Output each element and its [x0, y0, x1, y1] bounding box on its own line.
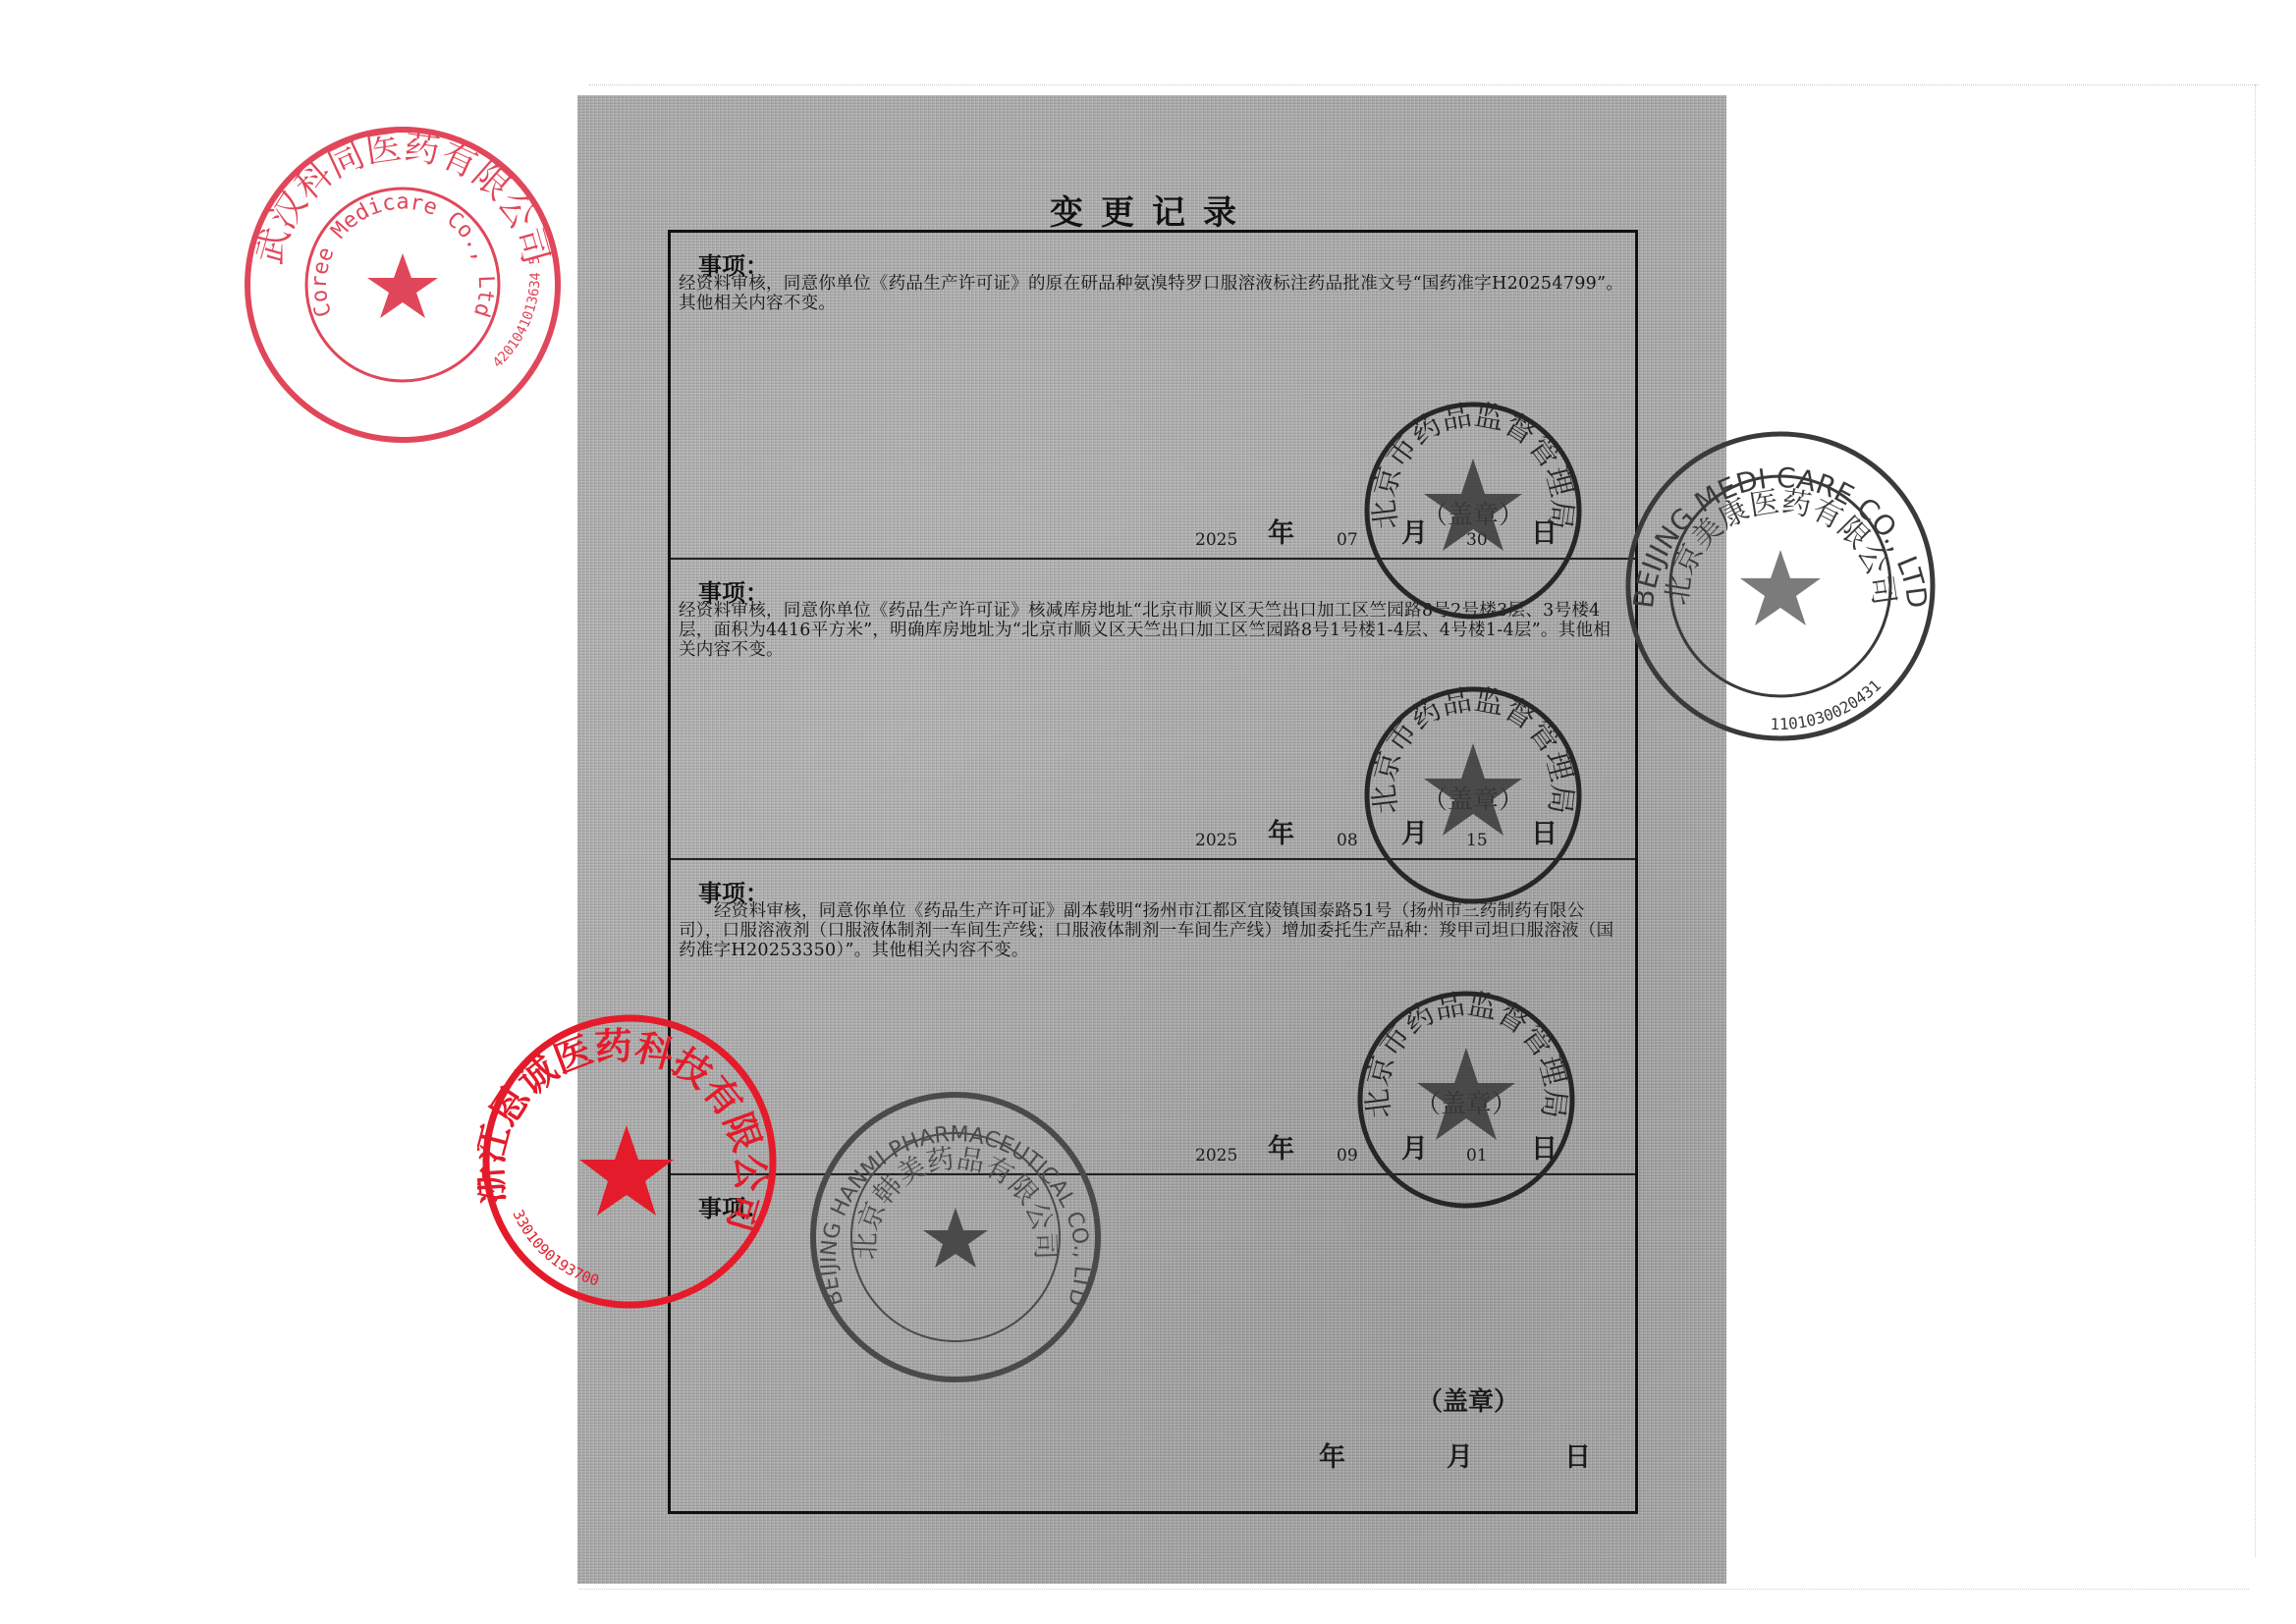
document-title: 变更记录 [577, 186, 1726, 234]
page-edge-top [589, 84, 2259, 85]
wuhan-company-seal-stamp: 武汉科同医药有限公司 Coree Medicare Co., Ltd 42010… [241, 123, 565, 447]
entry-text: 经资料审核，同意你单位《药品生产许可证》副本载明“扬州市江都区宜陵镇国泰路51号… [679, 901, 1625, 960]
date-day-unit: 日 [1531, 512, 1558, 550]
date-day-unit: 日 [1531, 1127, 1558, 1165]
change-entry: 事项： 经资料审核，同意你单位《药品生产许可证》核减库房地址“北京市顺义区天竺出… [671, 560, 1635, 860]
page-edge-right [2255, 84, 2256, 1557]
svg-text:武汉科同医药有限公司: 武汉科同医药有限公司 [249, 127, 556, 268]
entry-date: 2025 年 07 月 30 日 [1187, 518, 1610, 554]
svg-text:4201041013634 5: 4201041013634 5 [490, 255, 544, 371]
date-month-unit: 月 [1447, 1435, 1473, 1474]
date-month: 09 [1337, 1146, 1358, 1165]
date-day: 30 [1466, 530, 1488, 550]
date-year-unit: 年 [1319, 1435, 1345, 1474]
entry-text: 经资料审核，同意你单位《药品生产许可证》的原在研品种氨溴特罗口服溶液标注药品批准… [679, 274, 1625, 313]
svg-text:1101030020431: 1101030020431 [1770, 676, 1885, 733]
date-month: 08 [1337, 831, 1358, 850]
date-month-unit: 月 [1401, 812, 1428, 850]
date-year-unit: 年 [1268, 512, 1294, 550]
entry-date: 2025 年 08 月 15 日 [1187, 819, 1610, 854]
change-entry: 事项： 经资料审核，同意你单位《药品生产许可证》副本载明“扬州市江都区宜陵镇国泰… [671, 860, 1635, 1175]
svg-text:Coree Medicare Co., Ltd: Coree Medicare Co., Ltd [307, 190, 498, 320]
seal-placeholder: （盖章） [1417, 1381, 1519, 1418]
date-month-unit: 月 [1401, 1127, 1428, 1165]
change-entry-blank: 事项： （盖章） 年 月 日 [671, 1175, 1635, 1511]
date-day-unit: 日 [1531, 812, 1558, 850]
change-entry: 事项： 经资料审核，同意你单位《药品生产许可证》的原在研品种氨溴特罗口服溶液标注… [671, 233, 1635, 560]
entry-label: 事项： [698, 1189, 769, 1223]
date-year: 2025 [1195, 1146, 1237, 1165]
date-month-unit: 月 [1401, 512, 1428, 550]
date-day: 01 [1466, 1146, 1488, 1165]
date-year: 2025 [1195, 530, 1237, 550]
date-month: 07 [1337, 530, 1358, 550]
page-edge-bottom [579, 1589, 2249, 1590]
entry-date-blank: 年 月 日 [1319, 1435, 1633, 1475]
date-day: 15 [1466, 831, 1488, 850]
entry-text: 经资料审核，同意你单位《药品生产许可证》核减库房地址“北京市顺义区天竺出口加工区… [679, 601, 1625, 660]
date-year-unit: 年 [1268, 1127, 1294, 1165]
date-year: 2025 [1195, 831, 1237, 850]
date-year-unit: 年 [1268, 812, 1294, 850]
entry-date: 2025 年 09 月 01 日 [1187, 1134, 1610, 1169]
date-day-unit: 日 [1564, 1435, 1591, 1474]
scanned-certificate-page: 变更记录 事项： 经资料审核，同意你单位《药品生产许可证》的原在研品种氨溴特罗口… [577, 95, 1726, 1584]
change-record-table: 事项： 经资料审核，同意你单位《药品生产许可证》的原在研品种氨溴特罗口服溶液标注… [668, 230, 1638, 1514]
